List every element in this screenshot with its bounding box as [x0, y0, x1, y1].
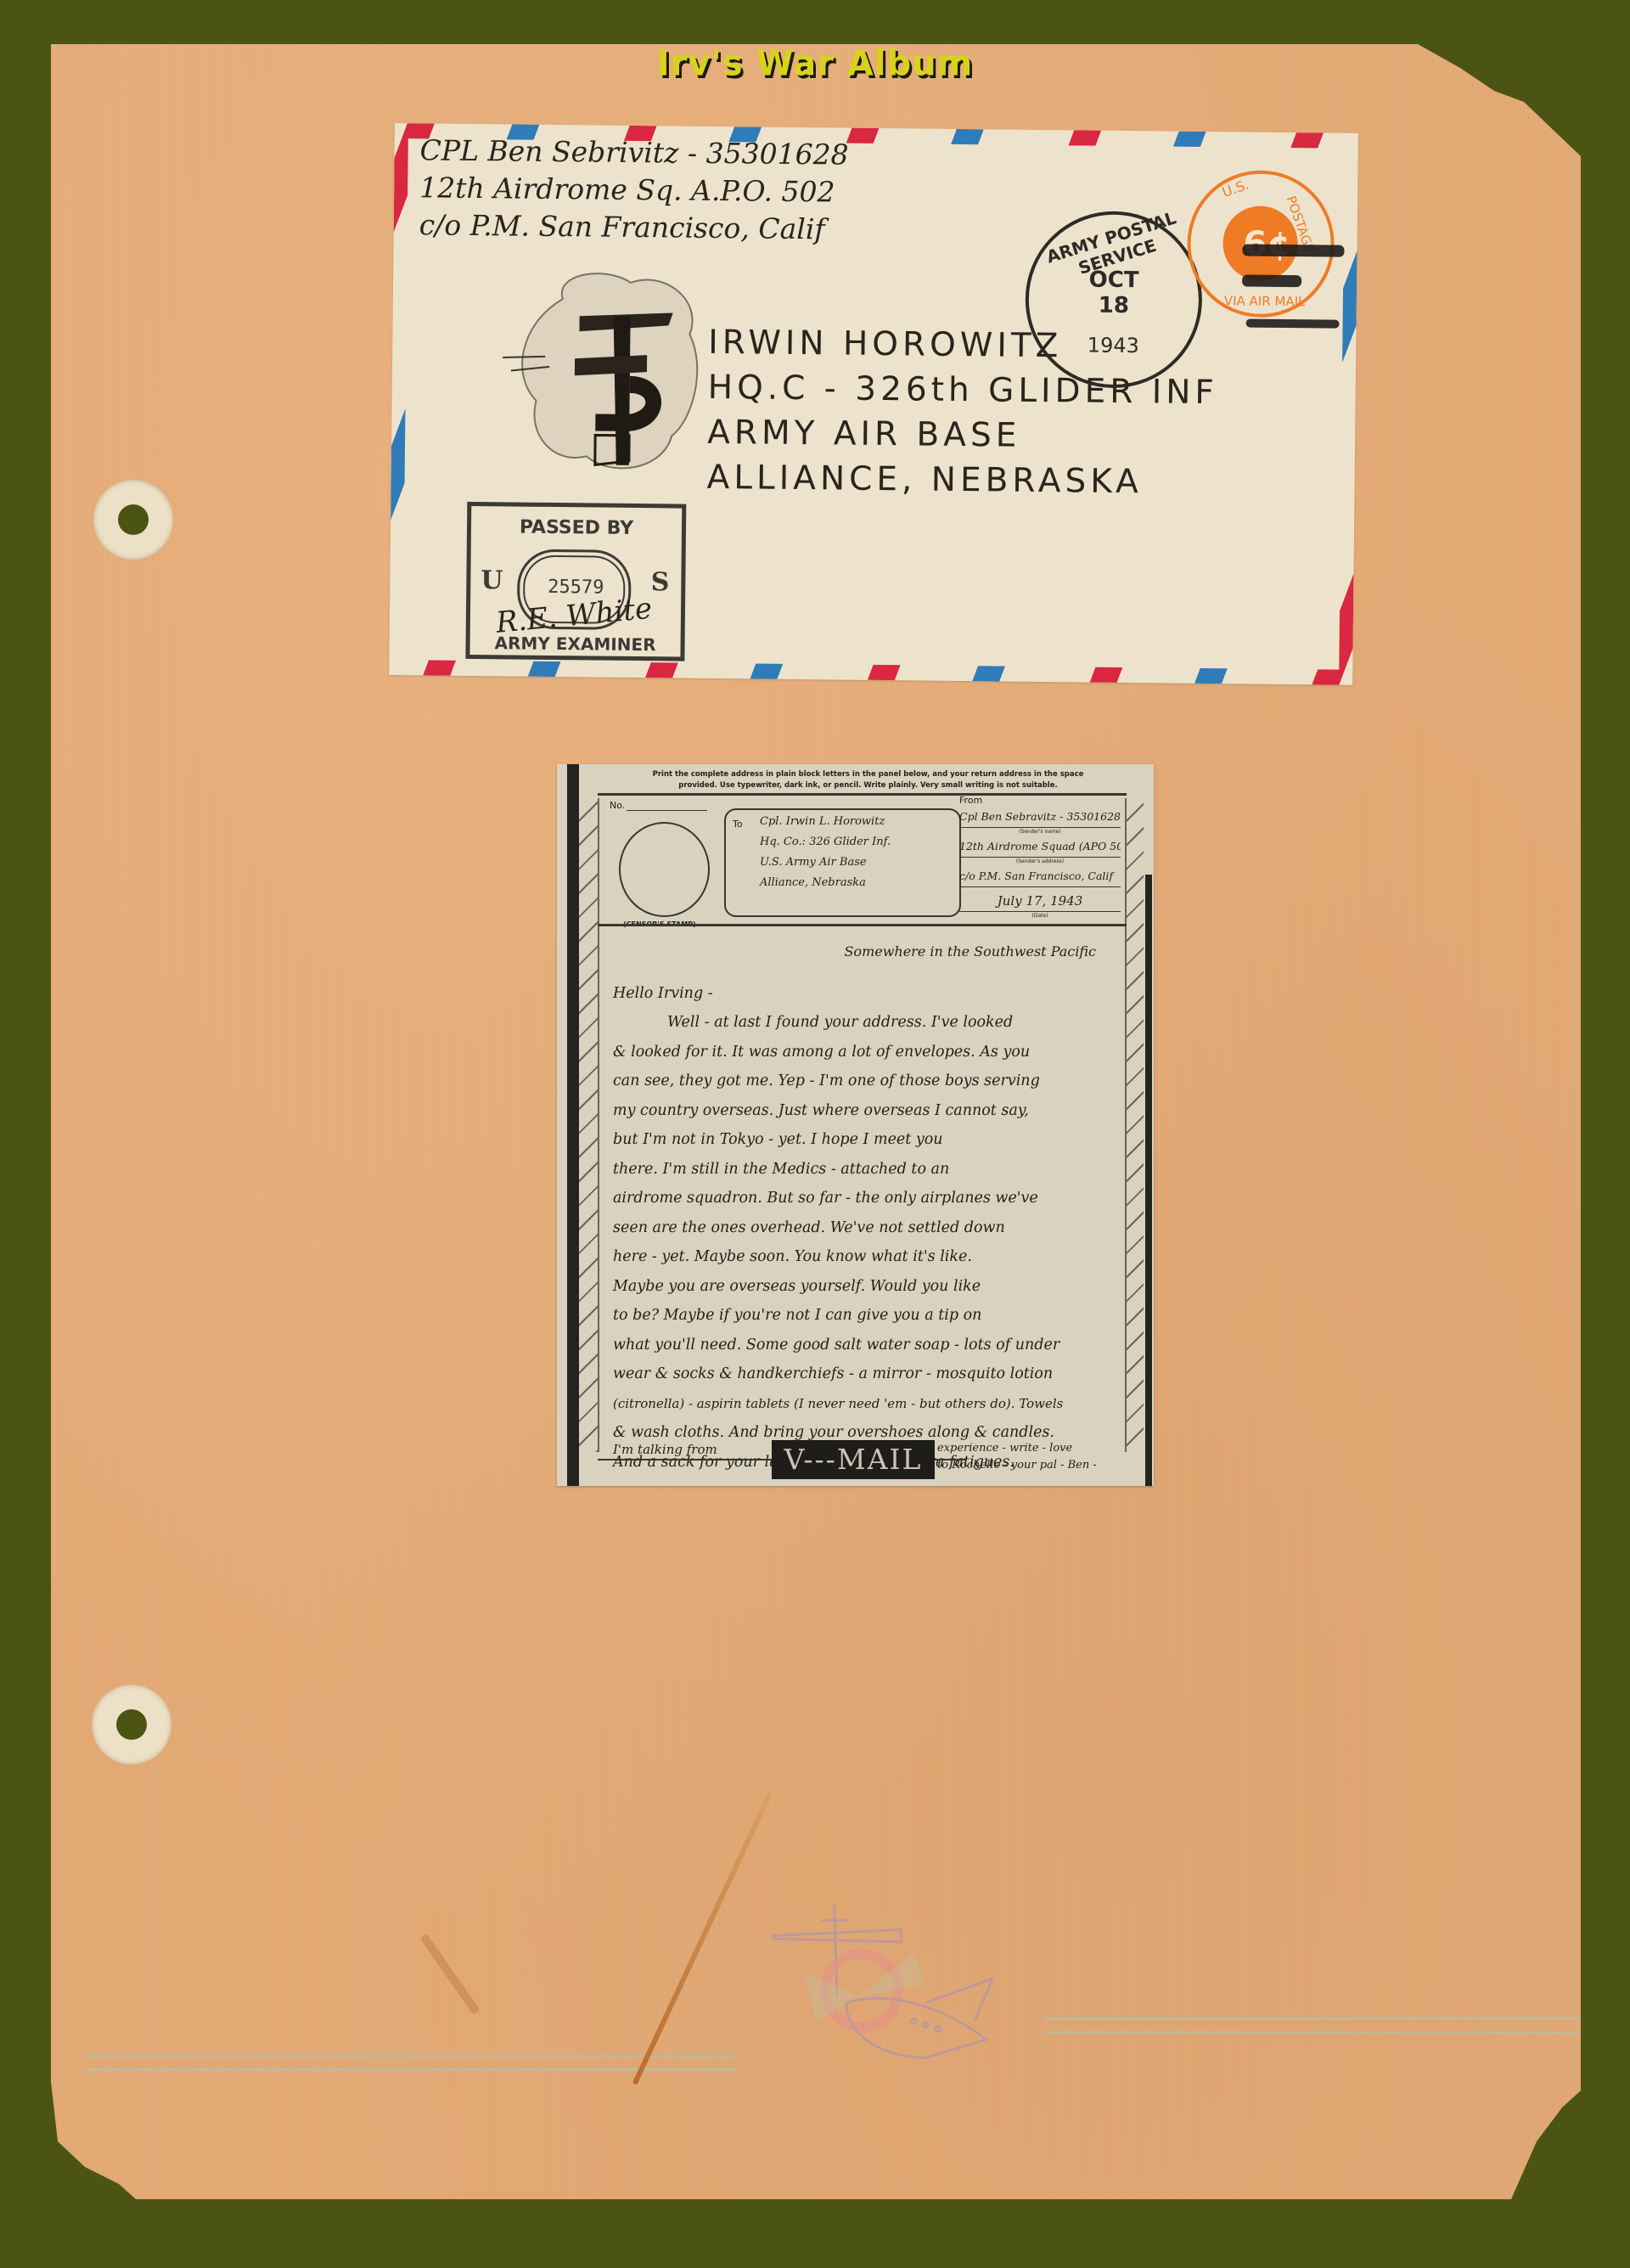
vmail-number-label: No.: [610, 800, 625, 811]
cancel-bar: [1246, 319, 1340, 329]
censor-stamp: PASSED BY U 25579 S R.E. White ARMY EXAM…: [465, 502, 686, 661]
v-mail-badge: V---MAIL: [772, 1440, 935, 1479]
censor-stamp-area: [619, 822, 710, 917]
letter-place: Somewhere in the Southwest Pacific: [613, 937, 1120, 967]
return-address: CPL Ben Sebrivitz - 35301628 12th Airdro…: [419, 132, 849, 248]
vmail-letter-body: Somewhere in the Southwest Pacific Hello…: [613, 926, 1120, 1477]
airmail-envelope: CPL Ben Sebrivitz - 35301628 12th Airdro…: [389, 123, 1358, 685]
letter-greeting: Hello Irving -: [613, 979, 1120, 1009]
binder-hole-top: [93, 480, 173, 560]
vmail-to-address-box: To Cpl. Irwin L. Horowitz Hq. Co.: 326 G…: [724, 808, 961, 917]
squadron-insignia-icon: [502, 264, 708, 487]
cancel-bar: [1242, 244, 1344, 256]
airplane-letterhead-icon: [696, 1881, 1070, 2076]
vmail-from-block: Cpl Ben Sebravitz - 35301628 (Sender's n…: [959, 807, 1121, 920]
v-mail-letter: Print the complete address in plain bloc…: [557, 764, 1154, 1486]
album-title: Irv's War Album: [0, 43, 1630, 84]
cancel-bar: [1242, 274, 1301, 287]
binder-hole-bottom: [92, 1685, 171, 1764]
vmail-instructions: Print the complete address in plain bloc…: [633, 769, 1103, 791]
